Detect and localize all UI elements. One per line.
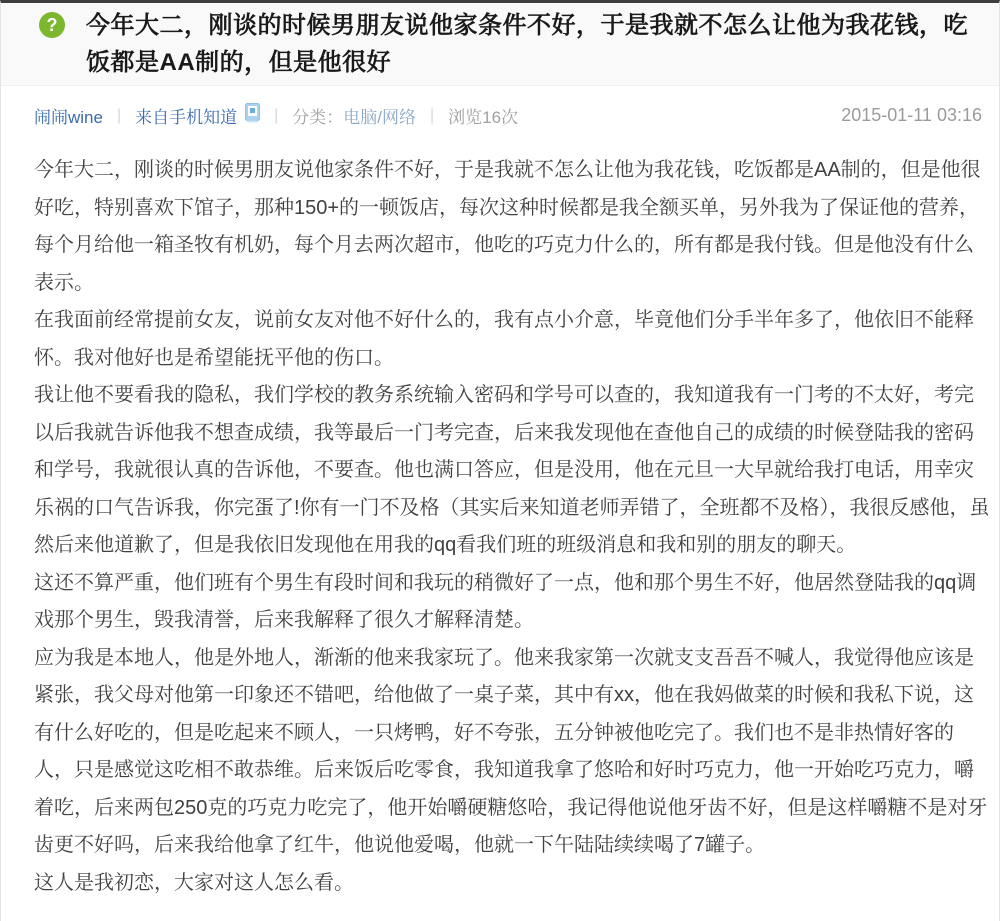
separator: |: [430, 107, 434, 125]
meta-row: 闹闹wine | 来自手机知道 | 分类： 电脑/网络 | 浏览16次 2015…: [34, 103, 984, 128]
category-label: 分类：: [292, 103, 343, 128]
author-link[interactable]: 闹闹wine: [34, 103, 103, 128]
body-paragraph: 我让他不要看我的隐私，我们学校的教务系统输入密码和学号可以查的，我知道我有一门考…: [34, 377, 991, 565]
separator: |: [117, 107, 121, 125]
question-header: ? 今年大二，刚谈的时候男朋友说他家条件不好，于是我就不怎么让他为我花钱，吃饭都…: [1, 3, 999, 86]
category-link[interactable]: 电脑/网络: [343, 103, 416, 128]
source-link[interactable]: 来自手机知道: [135, 103, 260, 128]
body-paragraph: 应为我是本地人，他是外地人，渐渐的他来我家玩了。他来我家第一次就支支吾吾不喊人，…: [34, 640, 991, 865]
mobile-phone-icon: [245, 103, 260, 128]
view-count: 浏览16次: [448, 103, 518, 128]
body-paragraph: 这还不算严重，他们班有个男生有段时间和我玩的稍微好了一点，他和那个男生不好，他居…: [34, 565, 991, 640]
question-body: 今年大二，刚谈的时候男朋友说他家条件不好，于是我就不怎么让他为我花钱，吃饭都是A…: [34, 152, 991, 902]
question-mark-icon: ?: [39, 12, 65, 38]
body-paragraph: 今年大二，刚谈的时候男朋友说他家条件不好，于是我就不怎么让他为我花钱，吃饭都是A…: [34, 152, 991, 302]
question-title: 今年大二，刚谈的时候男朋友说他家条件不好，于是我就不怎么让他为我花钱，吃饭都是A…: [86, 7, 979, 81]
timestamp: 2015-01-11 03:16: [841, 105, 984, 126]
body-paragraph: 在我面前经常提前女友，说前女友对他不好什么的，我有点小介意，毕竟他们分手半年多了…: [34, 302, 991, 377]
meta-left: 闹闹wine | 来自手机知道 | 分类： 电脑/网络 | 浏览16次: [34, 103, 841, 128]
body-paragraph: 这人是我初恋，大家对这人怎么看。: [34, 865, 991, 903]
separator: |: [274, 107, 278, 125]
source-label: 来自手机知道: [135, 103, 237, 128]
question-page: ? 今年大二，刚谈的时候男朋友说他家条件不好，于是我就不怎么让他为我花钱，吃饭都…: [0, 0, 1000, 921]
